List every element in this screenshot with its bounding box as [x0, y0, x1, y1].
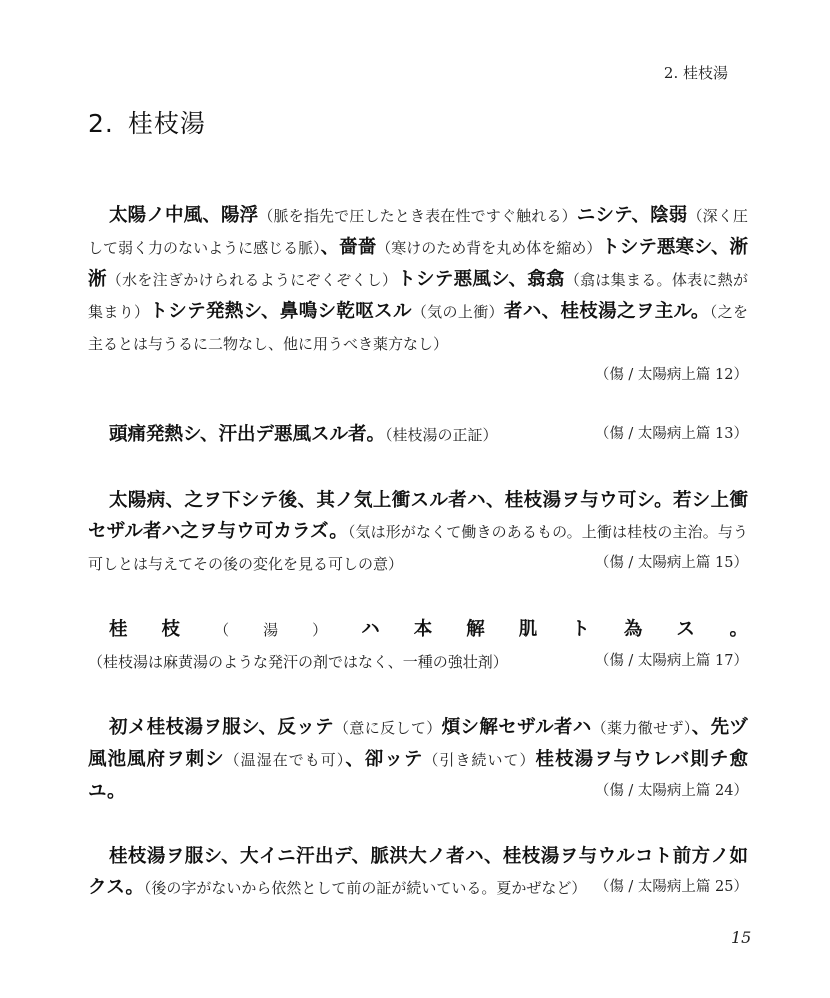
- paragraph-5: 初メ桂枝湯ヲ服シ、反ッテ（意に反して）煩シ解セザル者ハ（薬力徹せず）、先ヅ風池風…: [88, 712, 748, 807]
- classic-text: 、嗇嗇: [321, 237, 377, 258]
- annotation-note: （意に反して）: [334, 719, 442, 737]
- annotation-note: （薬力徹せず）: [592, 719, 692, 737]
- classic-text: 煩シ解セザル者ハ: [442, 717, 592, 738]
- annotation-note: （後の字がないから依然として前の証が続いている。夏かぜなど）: [144, 879, 587, 897]
- classic-text: 頭痛発熱シ、汗出デ悪風スル者。: [109, 424, 385, 445]
- annotation-note: （気の上衝）: [412, 303, 504, 321]
- classic-text: 太陽ノ中風、陽浮: [109, 205, 258, 226]
- annotation-note: （湯）: [214, 621, 361, 639]
- annotation-note: （引き続いて）: [423, 751, 535, 769]
- classic-text: 者ハ、桂枝湯之ヲ主ル。: [504, 301, 710, 322]
- citation-1: （傷 / 太陽病上篇 12）: [88, 360, 748, 391]
- classic-text: ハ本解肌ト為ス。: [361, 619, 748, 640]
- annotation-note: （桂枝湯の正証）: [385, 426, 498, 444]
- paragraph-4: 桂枝（湯）ハ本解肌ト為ス。（桂枝湯は麻黄湯のような発汗の剤ではなく、一種の強壮剤…: [88, 614, 748, 678]
- page-number: 15: [731, 928, 751, 947]
- citation: （傷 / 太陽病上篇 24）: [595, 776, 748, 807]
- citation: （傷 / 太陽病上篇 17）: [595, 646, 748, 677]
- annotation-note: （脈を指先で圧したとき表在性ですぐ触れる）: [258, 207, 576, 225]
- classic-text: ニシテ、陰弱: [577, 205, 688, 226]
- paragraph-2: 頭痛発熱シ、汗出デ悪風スル者。（桂枝湯の正証）（傷 / 太陽病上篇 13）: [88, 419, 748, 451]
- citation: （傷 / 太陽病上篇 25）: [595, 872, 748, 903]
- classic-text: 初メ桂枝湯ヲ服シ、反ッテ: [109, 717, 334, 738]
- classic-text: トシテ発熱シ、鼻鳴シ乾呕スル: [149, 301, 411, 322]
- citation: （傷 / 太陽病上篇 15）: [595, 548, 748, 579]
- annotation-note: （寒けのため背を丸め体を縮め）: [376, 239, 601, 257]
- paragraph-1: 太陽ノ中風、陽浮（脈を指先で圧したとき表在性ですぐ触れる）ニシテ、陰弱（深く圧し…: [88, 200, 748, 360]
- chapter-title-text: 桂枝湯: [128, 109, 206, 138]
- chapter-number: 2.: [88, 109, 114, 138]
- chapter-title: 2.桂枝湯: [88, 104, 206, 140]
- annotation-note: （桂枝湯は麻黄湯のような発汗の剤ではなく、一種の強壮剤）: [88, 653, 508, 671]
- classic-text: トシテ悪風シ、翕翕: [397, 269, 565, 290]
- annotation-note: （水を注ぎかけられるようにぞくぞくし）: [107, 271, 397, 289]
- classic-text: 桂枝: [109, 619, 214, 640]
- paragraph-6: 桂枝湯ヲ服シ、大イニ汗出デ、脈洪大ノ者ハ、桂枝湯ヲ与ウルコト前方ノ如クス。（後の…: [88, 841, 748, 904]
- annotation-note: （温湿在でも可）: [225, 751, 346, 769]
- paragraph-3: 太陽病、之ヲ下シテ後、其ノ気上衝スル者ハ、桂枝湯ヲ与ウ可シ。若シ上衝セザル者ハ之…: [88, 485, 748, 580]
- classic-text: 、卻ッテ: [345, 749, 423, 770]
- citation: （傷 / 太陽病上篇 13）: [595, 419, 748, 450]
- running-head: 2. 桂枝湯: [664, 62, 728, 83]
- page-content: 太陽ノ中風、陽浮（脈を指先で圧したとき表在性ですぐ触れる）ニシテ、陰弱（深く圧し…: [88, 200, 748, 904]
